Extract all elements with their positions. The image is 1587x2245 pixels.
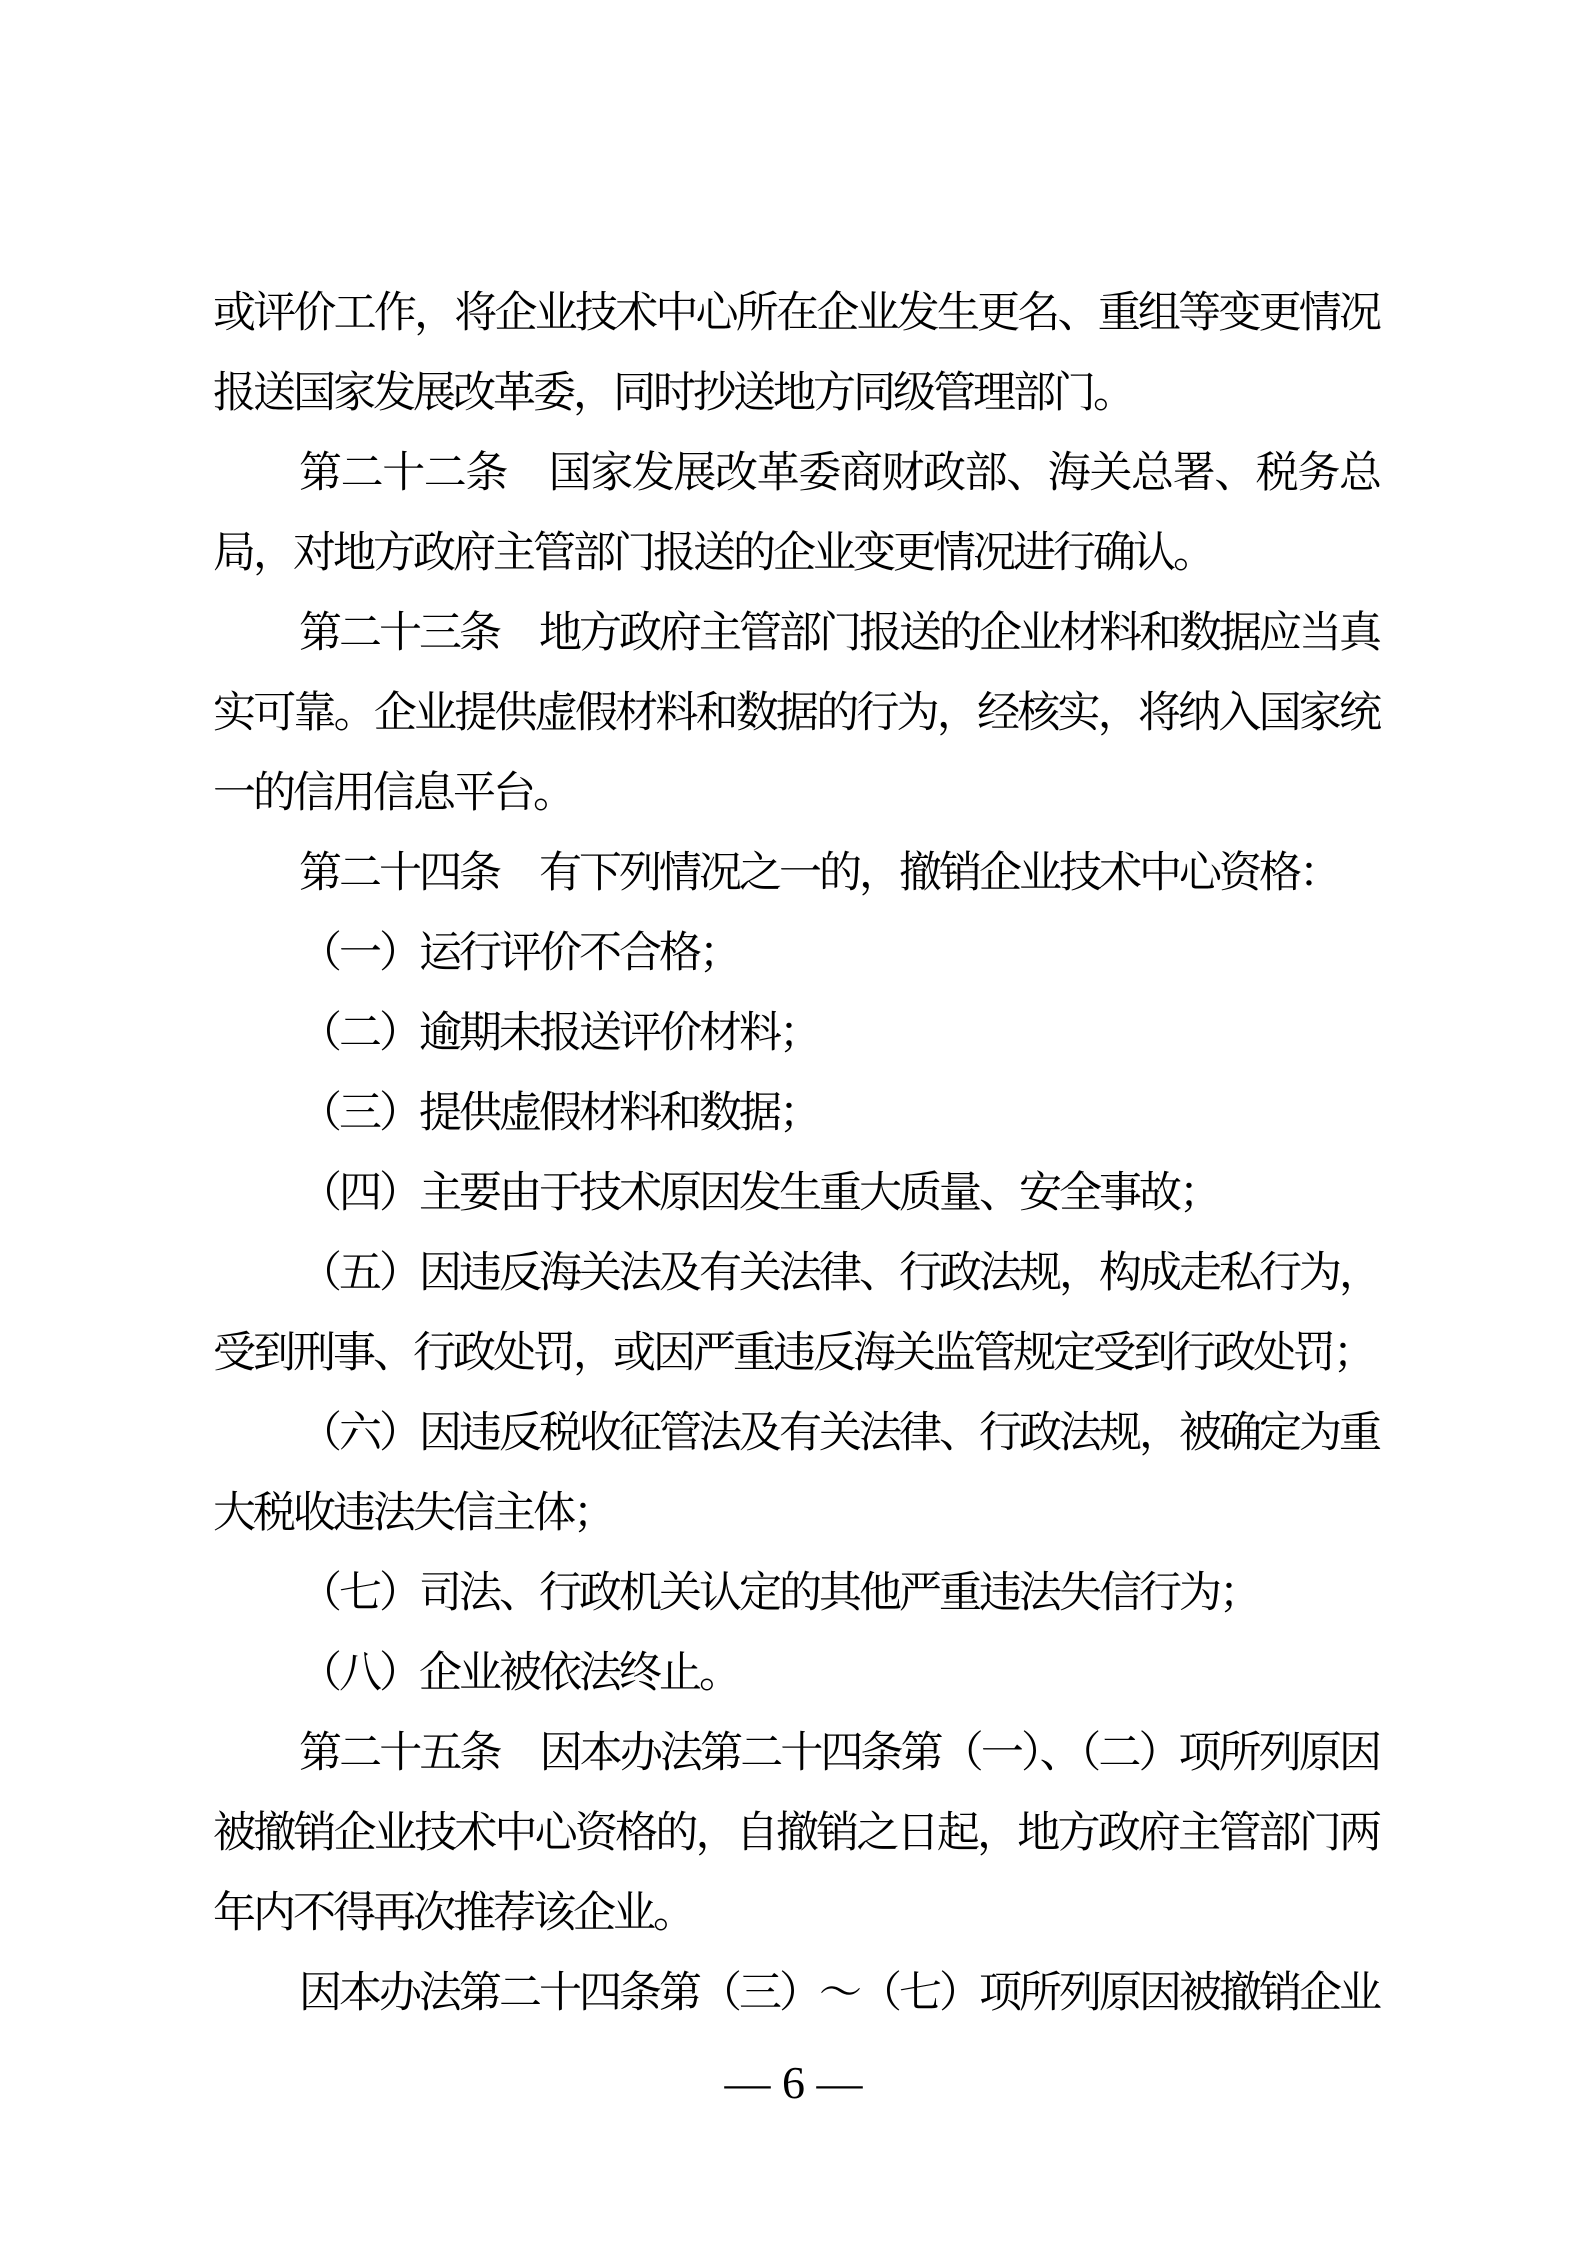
list-item-5: （五）因违反海关法及有关法律、行政法规，构成走私行为，受到刑事、行政处罚，或因严… (213, 1233, 1379, 1393)
list-item-1: （一）运行评价不合格； (213, 913, 1379, 993)
body-paragraph: 或评价工作，将企业技术中心所在企业发生更名、重组等变更情况报送国家发展改革委，同… (213, 273, 1379, 433)
list-item-7: （七）司法、行政机关认定的其他严重违法失信行为； (213, 1553, 1379, 1633)
body-paragraph-article-25: 第二十五条 因本办法第二十四条第（一）、（二）项所列原因被撤销企业技术中心资格的… (213, 1713, 1379, 1953)
list-item-2: （二）逾期未报送评价材料； (213, 993, 1379, 1073)
body-paragraph-article-23: 第二十三条 地方政府主管部门报送的企业材料和数据应当真实可靠。企业提供虚假材料和… (213, 593, 1379, 833)
body-paragraph-article-24: 第二十四条 有下列情况之一的，撤销企业技术中心资格： (213, 833, 1379, 913)
page-number: — 6 — (0, 2056, 1587, 2110)
list-item-4: （四）主要由于技术原因发生重大质量、安全事故； (213, 1153, 1379, 1233)
list-item-3: （三）提供虚假材料和数据； (213, 1073, 1379, 1153)
body-paragraph-article-22: 第二十二条 国家发展改革委商财政部、海关总署、税务总局，对地方政府主管部门报送的… (213, 433, 1379, 593)
list-item-6: （六）因违反税收征管法及有关法律、行政法规，被确定为重大税收违法失信主体； (213, 1393, 1379, 1553)
document-page: 或评价工作，将企业技术中心所在企业发生更名、重组等变更情况报送国家发展改革委，同… (0, 0, 1587, 2245)
document-body: 或评价工作，将企业技术中心所在企业发生更名、重组等变更情况报送国家发展改革委，同… (213, 273, 1379, 2033)
list-item-8: （八）企业被依法终止。 (213, 1633, 1379, 1713)
body-paragraph-continued: 因本办法第二十四条第（三）～（七）项所列原因被撤销企业 (213, 1953, 1379, 2033)
